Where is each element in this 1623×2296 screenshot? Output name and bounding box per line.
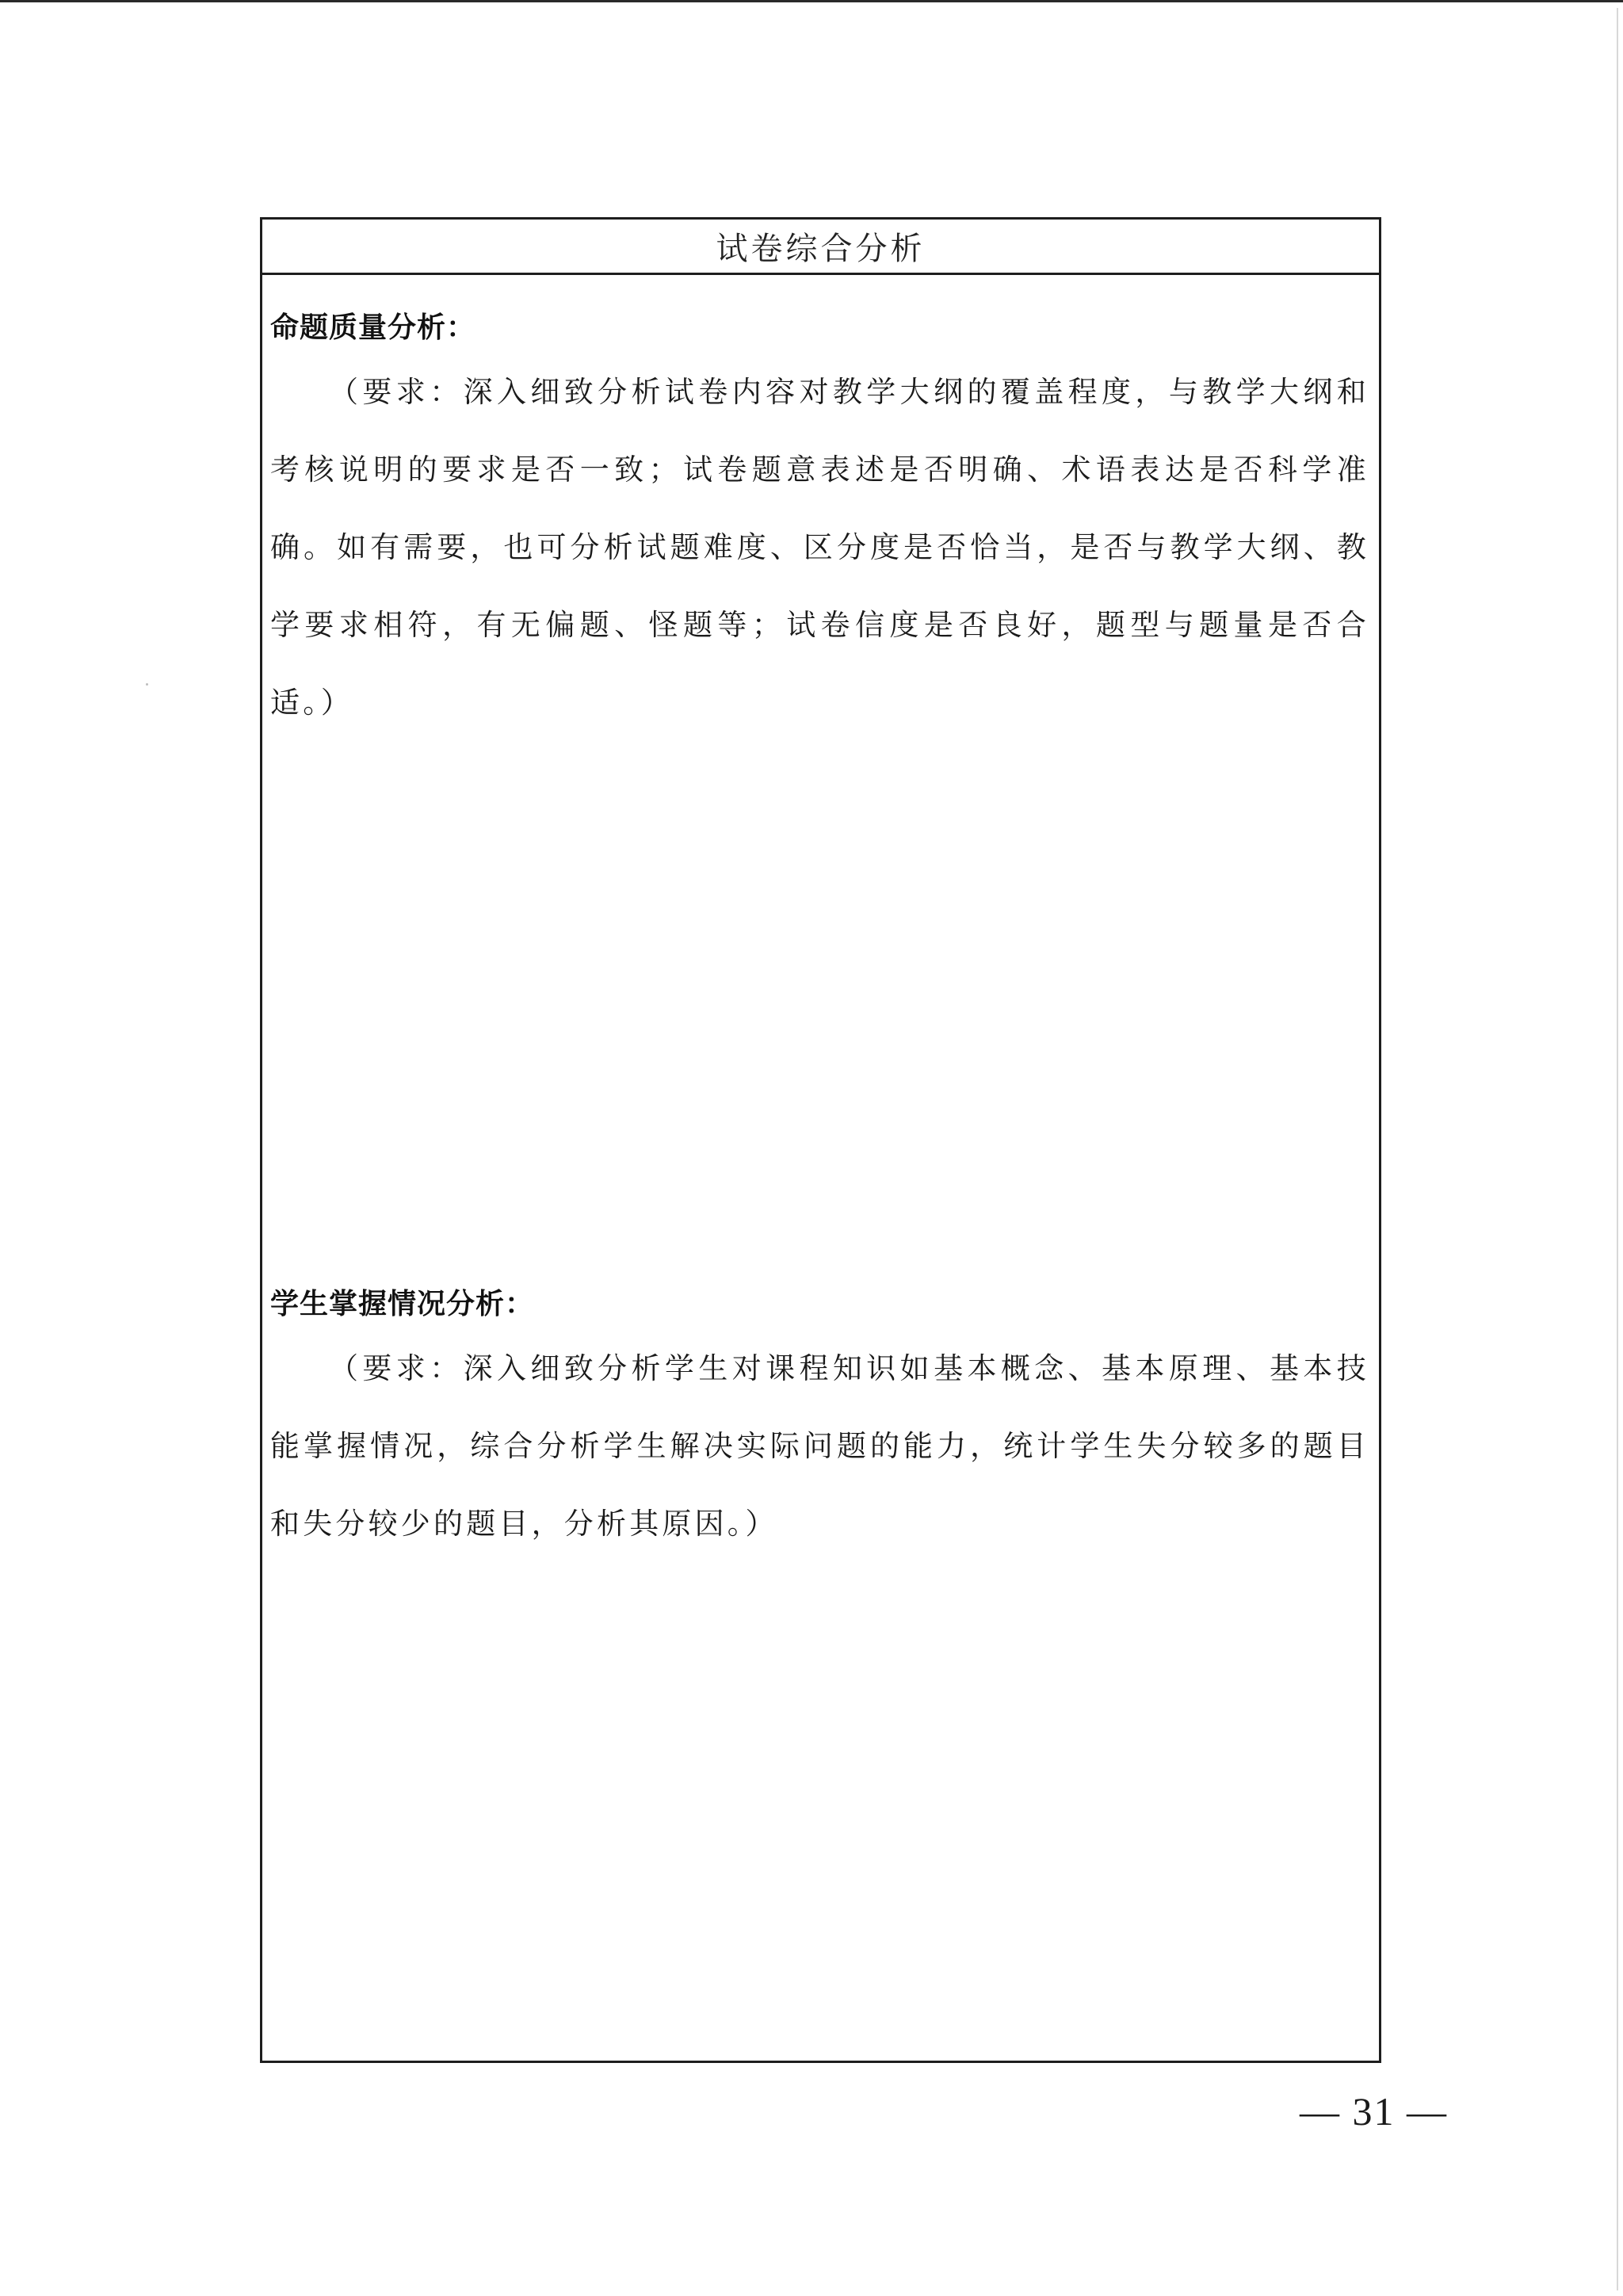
question-quality-section: 命题质量分析： （要求：深入细致分析试卷内容对教学大纲的覆盖程度，与教学大纲和考… xyxy=(270,305,1369,1018)
student-mastery-section: 学生掌握情况分析： （要求：深入细致分析学生对课程知识如基本概念、基本原理、基本… xyxy=(270,1282,1369,1563)
scan-top-edge xyxy=(0,0,1623,2)
question-quality-heading: 命题质量分析： xyxy=(270,305,1369,346)
scan-speck xyxy=(146,683,148,686)
scan-right-edge xyxy=(1617,8,1618,2290)
student-mastery-requirement: （要求：深入细致分析学生对课程知识如基本概念、基本原理、基本技能掌握情况，综合分… xyxy=(270,1330,1369,1563)
table-body: 命题质量分析： （要求：深入细致分析试卷内容对教学大纲的覆盖程度，与教学大纲和考… xyxy=(262,305,1379,1563)
table-title: 试卷综合分析 xyxy=(716,223,926,269)
student-mastery-heading: 学生掌握情况分析： xyxy=(270,1282,1369,1322)
table-header: 试卷综合分析 xyxy=(262,220,1379,275)
page-number: — 31 — xyxy=(1300,2088,1448,2134)
exam-analysis-table: 试卷综合分析 命题质量分析： （要求：深入细致分析试卷内容对教学大纲的覆盖程度，… xyxy=(260,217,1381,2063)
question-quality-requirement: （要求：深入细致分析试卷内容对教学大纲的覆盖程度，与教学大纲和考核说明的要求是否… xyxy=(270,353,1369,742)
